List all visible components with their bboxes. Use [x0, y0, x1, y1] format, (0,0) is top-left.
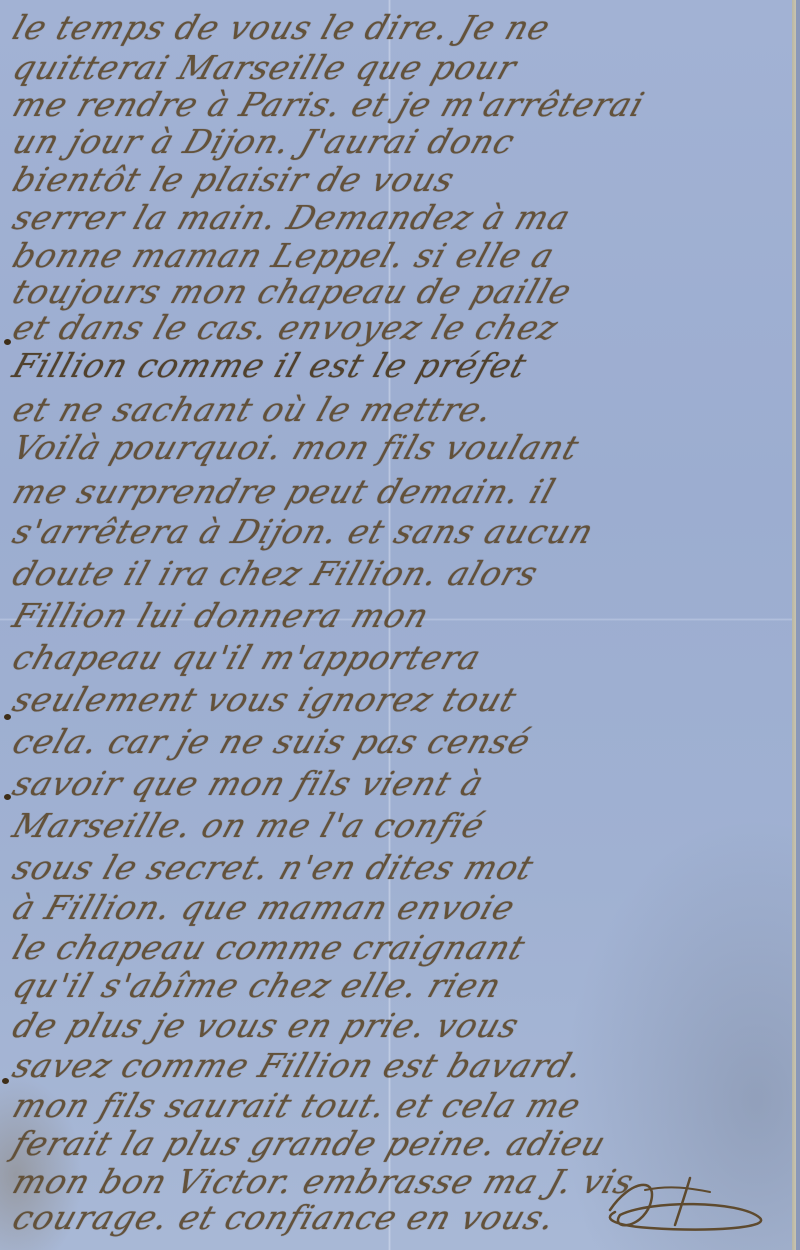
text-line: le chapeau comme craignant	[8, 928, 796, 967]
text-line: cela. car je ne suis pas censé	[8, 722, 796, 761]
text-line: s'arrêtera à Dijon. et sans aucun	[8, 512, 796, 551]
text-line: un jour à Dijon. J'aurai donc	[8, 122, 796, 161]
text-line: le temps de vous le dire. Je ne	[8, 8, 796, 47]
text-line: me surprendre peut demain. il	[8, 472, 796, 511]
text-line: Fillion lui donnera mon	[8, 596, 796, 635]
signature-flourish	[590, 1170, 780, 1240]
text-line: mon fils saurait tout. et cela me	[8, 1086, 796, 1125]
text-line: à Fillion. que maman envoie	[8, 888, 796, 927]
text-line: sous le secret. n'en dites mot	[8, 848, 796, 887]
text-line: de plus je vous en prie. vous	[8, 1006, 796, 1045]
text-line: Fillion comme il est le préfet	[8, 346, 796, 385]
text-line: quitterai Marseille que pour	[8, 48, 796, 87]
text-line: savez comme Fillion est bavard.	[8, 1046, 796, 1085]
ink-blot	[4, 714, 11, 720]
text-line: ferait la plus grande peine. adieu	[8, 1124, 796, 1163]
text-line: Marseille. on me l'a confié	[8, 806, 796, 845]
text-line: savoir que mon fils vient à	[8, 764, 796, 803]
text-line: doute il ira chez Fillion. alors	[8, 554, 796, 593]
text-line: toujours mon chapeau de paille	[8, 272, 796, 311]
text-line: bientôt le plaisir de vous	[8, 160, 796, 199]
text-line: et ne sachant où le mettre.	[8, 390, 796, 429]
text-line: seulement vous ignorez tout	[8, 680, 796, 719]
ink-blot	[4, 794, 11, 800]
text-line: Voilà pourquoi. mon fils voulant	[8, 428, 796, 467]
text-line: serrer la main. Demandez à ma	[8, 198, 796, 237]
text-line: bonne maman Leppel. si elle a	[8, 236, 796, 275]
handwritten-text-body: le temps de vous le dire. Je ne quittera…	[0, 0, 796, 1250]
text-line: qu'il s'abîme chez elle. rien	[8, 966, 796, 1005]
letter-page: le temps de vous le dire. Je ne quittera…	[0, 0, 796, 1250]
ink-blot	[2, 1078, 9, 1084]
text-line: chapeau qu'il m'apportera	[8, 638, 796, 677]
text-line: me rendre à Paris. et je m'arrêterai	[8, 85, 796, 124]
ink-blot	[4, 339, 11, 345]
text-line: et dans le cas. envoyez le chez	[8, 308, 796, 347]
